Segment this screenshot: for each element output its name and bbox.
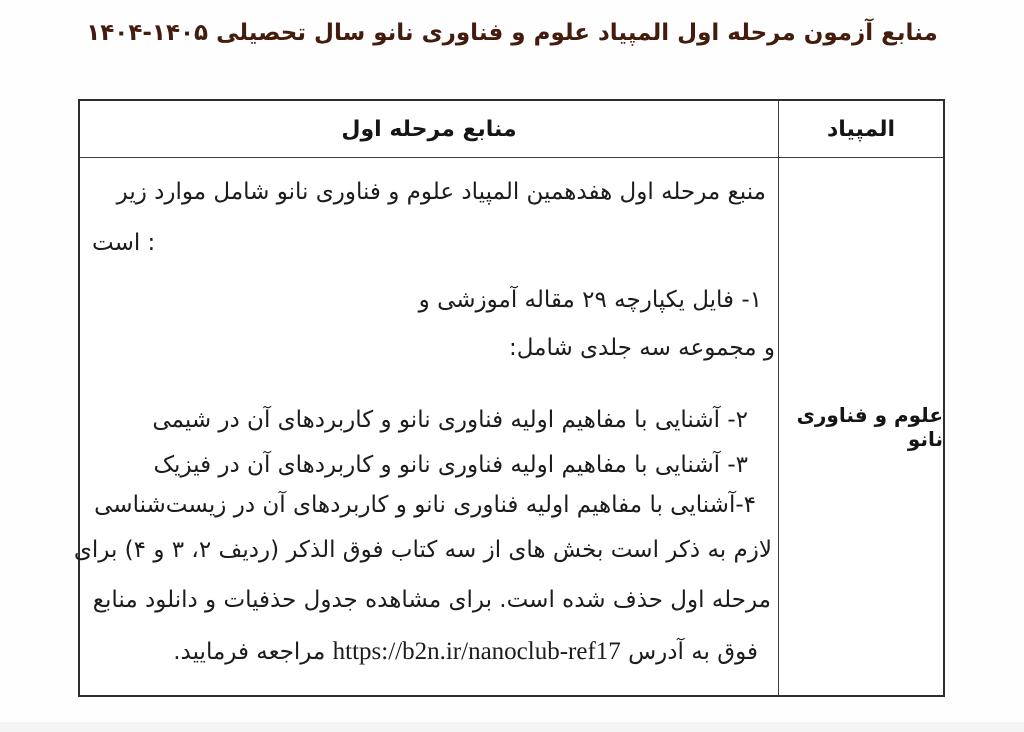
item-1-line-1: ۱- فایل یکپارچه ۲۹ مقاله آموزشی و: [419, 282, 762, 318]
resources-table: منابع مرحله اول المپیاد منبع مرحله اول ه…: [78, 99, 945, 697]
header-cell-olympiad: المپیاد: [778, 101, 943, 158]
intro-line-2: است :: [92, 225, 155, 261]
note-line-1: لازم به ذکر است بخش های از سه کتاب فوق ا…: [74, 532, 772, 568]
photo-edge-shadow: [0, 722, 1024, 732]
note-line-3-before-url: فوق به آدرس: [628, 639, 758, 665]
item-3-physics: ۳- آشنایی با مفاهیم اولیه فناوری نانو و …: [153, 447, 748, 483]
resources-content-cell: منبع مرحله اول هفدهمین المپیاد علوم و فن…: [80, 158, 778, 695]
page-title: منابع آزمون مرحله اول المپیاد علوم و فنا…: [0, 20, 1024, 46]
note-line-2: مرحله اول حذف شده است. برای مشاهده جدول …: [93, 582, 771, 618]
note-line-3: فوق به آدرس https://b2n.ir/nanoclub-ref1…: [173, 634, 758, 670]
item-2-chemistry: ۲- آشنایی با مفاهیم اولیه فناوری نانو و …: [152, 402, 748, 438]
intro-line-1: منبع مرحله اول هفدهمین المپیاد علوم و فن…: [117, 174, 766, 210]
item-4-biology: ۴-آشنایی با مفاهیم اولیه فناوری نانو و ک…: [94, 487, 756, 523]
note-line-3-after-url: مراجعه فرمایید.: [173, 639, 325, 665]
header-cell-stage-one-resources: منابع مرحله اول: [80, 101, 778, 158]
item-1-line-2: و مجموعه سه جلدی شامل:: [509, 330, 775, 366]
resource-url-text: https://b2n.ir/nanoclub-ref17: [333, 638, 621, 665]
olympiad-name-cell: علوم و فناوری نانو: [778, 158, 943, 695]
